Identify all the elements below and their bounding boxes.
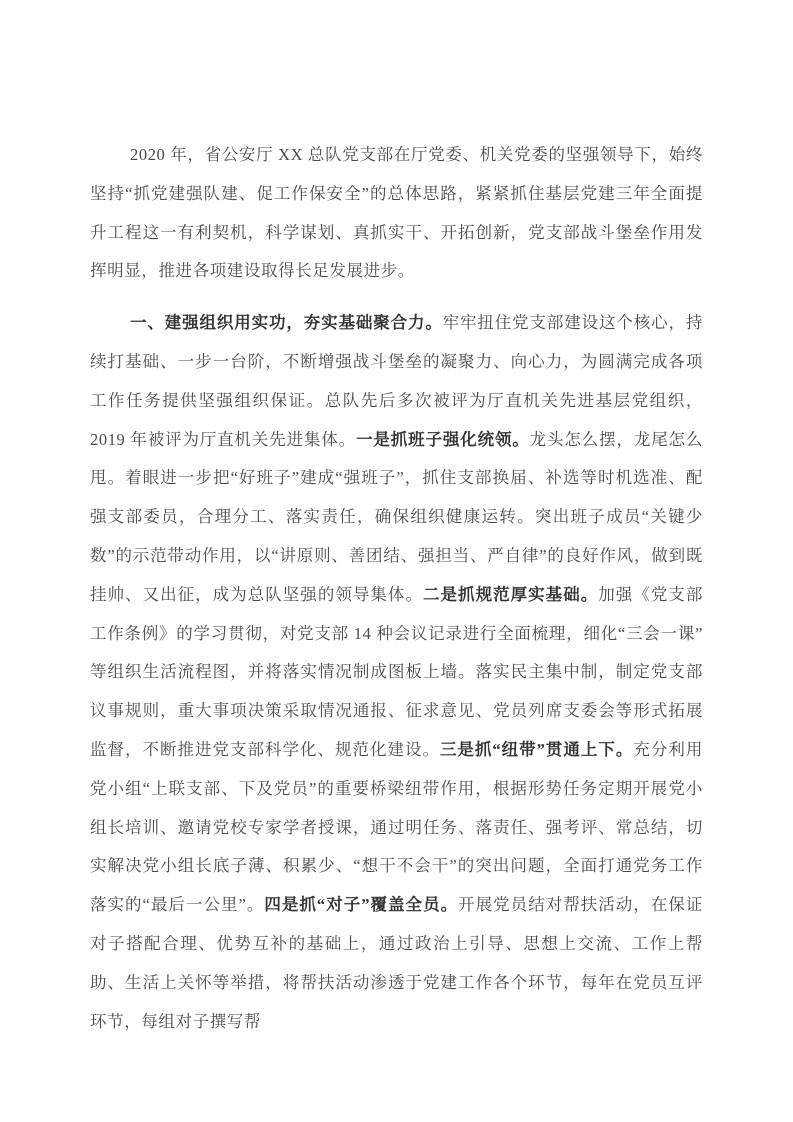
paragraph-section-one: 一、建强组织用实功，夯实基础聚合力。牢牢扭住党支部建设这个核心，持续打基础、一步… — [90, 304, 703, 1041]
text-run: 2020 年，省公安厅 XX 总队党支部在厅党委、机关党委的坚强领导下，始终坚持… — [90, 145, 703, 280]
subheading-point-three: 三是抓“纽带”贯通上下。 — [440, 740, 633, 759]
subheading-point-two: 二是抓规范厚实基础。 — [423, 585, 598, 604]
document-body: 2020 年，省公安厅 XX 总队党支部在厅党委、机关党委的坚强领导下，始终坚持… — [90, 136, 703, 1041]
text-run: 开展党员结对帮扶活动，在保证对子搭配合理、优势互补的基础上，通过政治上引导、思想… — [90, 895, 703, 1030]
text-run: 充分利用党小组“上联支部、下及党员”的重要桥梁纽带作用，根据形势任务定期开展党小… — [90, 740, 703, 914]
section-heading: 一、建强组织用实功，夯实基础聚合力。 — [130, 314, 443, 332]
paragraph-intro: 2020 年，省公安厅 XX 总队党支部在厅党委、机关党委的坚强领导下，始终坚持… — [90, 136, 703, 291]
document-page: 2020 年，省公安厅 XX 总队党支部在厅党委、机关党委的坚强领导下，始终坚持… — [0, 0, 793, 1122]
text-run: 龙头怎么摆，龙尾怎么甩。着眼进一步把“好班子”建成“强班子”，抓住支部换届、补选… — [90, 430, 703, 604]
text-run: 加强《党支部工作条例》的学习贯彻，对党支部 14 种会议记录进行全面梳理，细化“… — [90, 585, 703, 759]
subheading-point-one: 一是抓班子强化统领。 — [356, 430, 530, 449]
subheading-point-four: 四是抓“对子”覆盖全员。 — [264, 895, 458, 914]
text-run: 牢牢扭住党支部建设这个核心，持续打基础、一步一台阶，不断增强战斗堡垒的凝聚力、向… — [90, 313, 703, 448]
